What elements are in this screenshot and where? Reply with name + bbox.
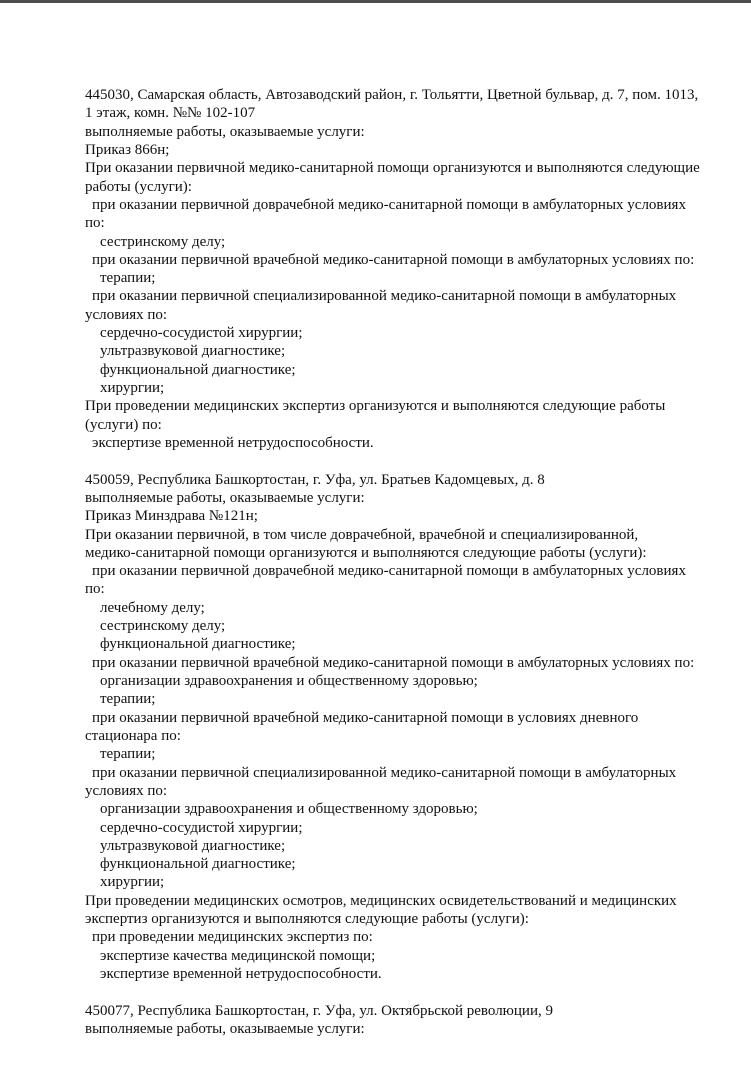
text-line: работы (услуги): (85, 178, 725, 196)
text-line: выполняемые работы, оказываемые услуги: (85, 489, 725, 507)
service-item: сердечно-сосудистой хирургии; (85, 819, 725, 837)
service-condition-line: при оказании первичной врачебной медико-… (85, 251, 725, 269)
service-condition-line: при оказании первичной специализированно… (85, 764, 725, 782)
text-line: При проведении медицинских осмотров, мед… (85, 892, 725, 910)
license-address-section: 450077, Республика Башкортостан, г. Уфа,… (85, 1002, 725, 1039)
text-line: (услуги) по: (85, 416, 725, 434)
service-item: терапии; (85, 745, 725, 763)
service-item: функциональной диагностике; (85, 361, 725, 379)
service-condition-line: при оказании первичной врачебной медико-… (85, 654, 725, 672)
text-line: Приказ 866н; (85, 141, 725, 159)
text-line: стационара по: (85, 727, 725, 745)
service-condition-line: экспертизе временной нетрудоспособности. (85, 434, 725, 452)
section-address: 450077, Республика Башкортостан, г. Уфа,… (85, 1002, 725, 1020)
service-item: функциональной диагностике; (85, 855, 725, 873)
service-item: терапии; (85, 690, 725, 708)
text-line: При проведении медицинских экспертиз орг… (85, 397, 725, 415)
service-item: функциональной диагностике; (85, 635, 725, 653)
license-address-section: 450059, Республика Башкортостан, г. Уфа,… (85, 471, 725, 984)
document-page: 445030, Самарская область, Автозаводский… (85, 86, 725, 1038)
text-line: При оказании первичной, в том числе довр… (85, 526, 725, 544)
section-address: 445030, Самарская область, Автозаводский… (85, 86, 725, 104)
text-line: выполняемые работы, оказываемые услуги: (85, 123, 725, 141)
text-line: условиях по: (85, 782, 725, 800)
service-item: организации здравоохранения и общественн… (85, 800, 725, 818)
service-item: экспертизе временной нетрудоспособности. (85, 965, 725, 983)
license-address-section: 445030, Самарская область, Автозаводский… (85, 86, 725, 452)
service-item: организации здравоохранения и общественн… (85, 672, 725, 690)
text-line: по: (85, 580, 725, 598)
service-item: ультразвуковой диагностике; (85, 342, 725, 360)
service-item: сестринскому делу; (85, 617, 725, 635)
service-item: сердечно-сосудистой хирургии; (85, 324, 725, 342)
section-spacer (85, 452, 725, 470)
service-condition-line: при проведении медицинских экспертиз по: (85, 928, 725, 946)
service-item: хирургии; (85, 379, 725, 397)
section-spacer (85, 983, 725, 1001)
service-item: терапии; (85, 269, 725, 287)
text-line: по: (85, 214, 725, 232)
service-condition-line: при оказании первичной врачебной медико-… (85, 709, 725, 727)
service-item: сестринскому делу; (85, 233, 725, 251)
service-item: ультразвуковой диагностике; (85, 837, 725, 855)
text-line: 1 этаж, комн. №№ 102-107 (85, 104, 725, 122)
service-condition-line: при оказании первичной доврачебной медик… (85, 562, 725, 580)
text-line: выполняемые работы, оказываемые услуги: (85, 1020, 725, 1038)
service-item: хирургии; (85, 873, 725, 891)
text-line: экспертиз организуются и выполняются сле… (85, 910, 725, 928)
service-condition-line: при оказании первичной специализированно… (85, 287, 725, 305)
text-line: При оказании первичной медико-санитарной… (85, 159, 725, 177)
text-line: медико-санитарной помощи организуются и … (85, 544, 725, 562)
service-item: экспертизе качества медицинской помощи; (85, 947, 725, 965)
viewer-top-bar (0, 0, 751, 3)
text-line: условиях по: (85, 306, 725, 324)
section-address: 450059, Республика Башкортостан, г. Уфа,… (85, 471, 725, 489)
text-line: Приказ Минздрава №121н; (85, 507, 725, 525)
service-item: лечебному делу; (85, 599, 725, 617)
service-condition-line: при оказании первичной доврачебной медик… (85, 196, 725, 214)
